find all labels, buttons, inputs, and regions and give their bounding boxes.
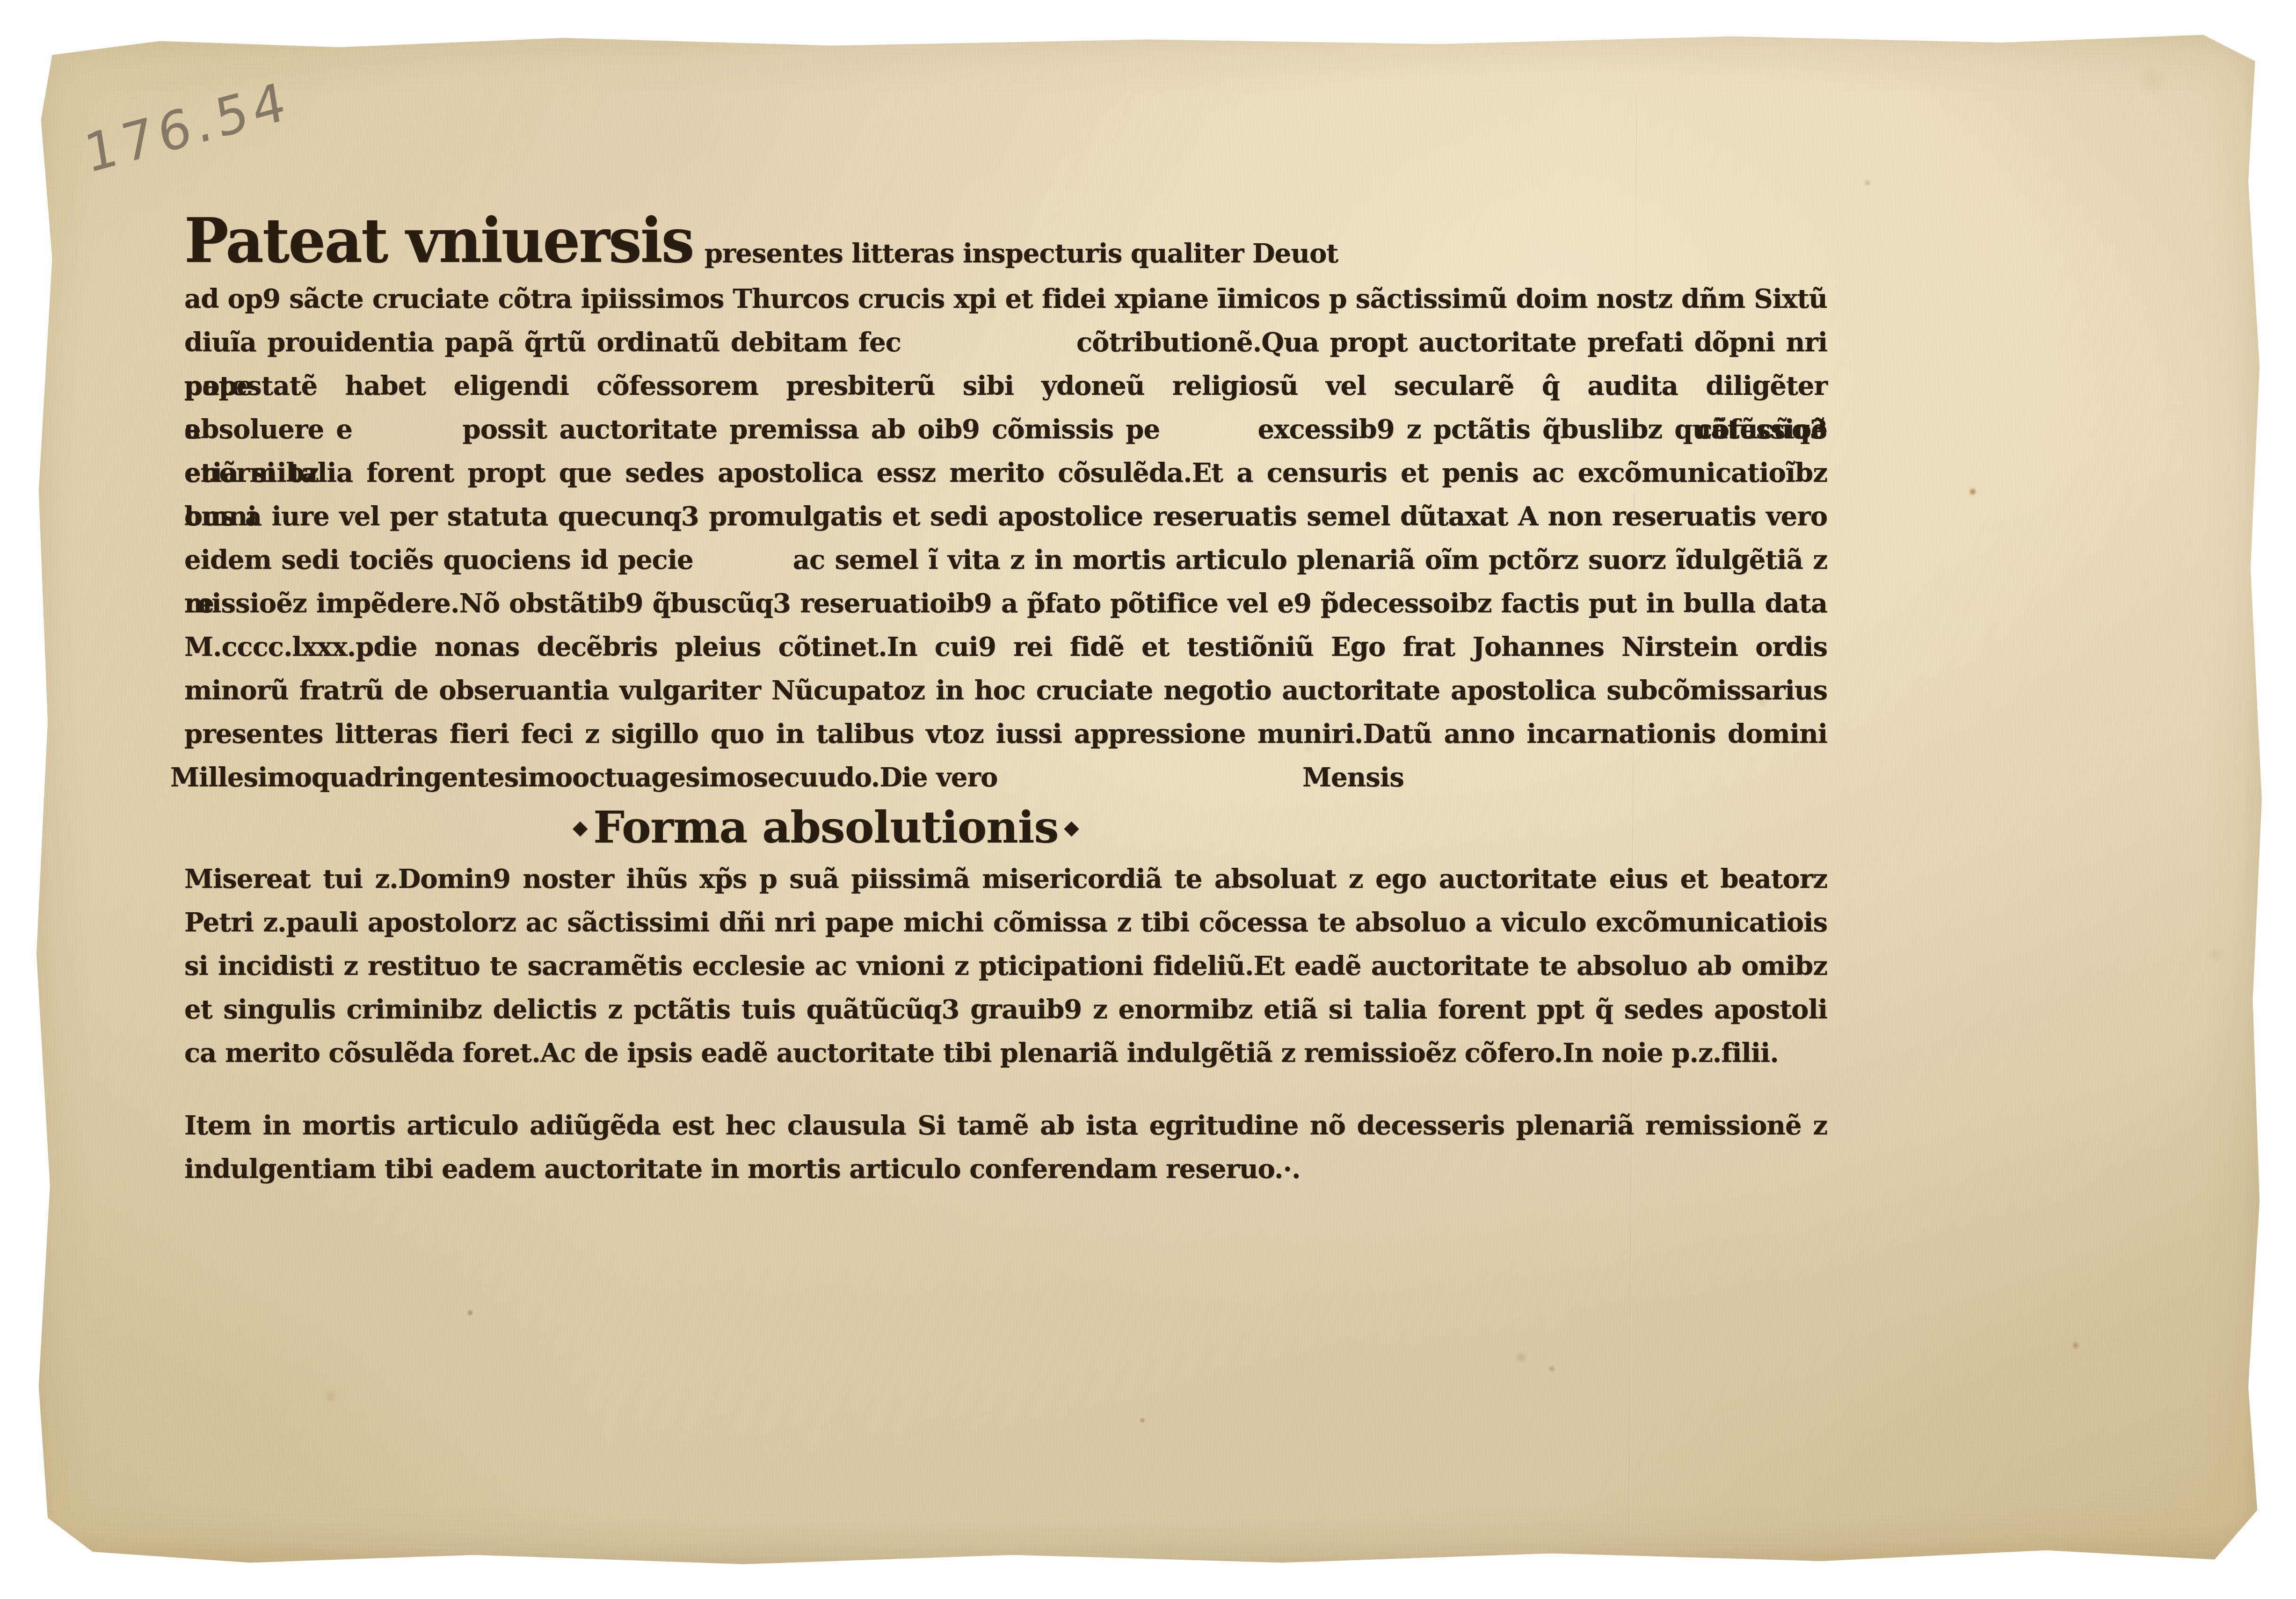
pencil-inscription: 176.54	[80, 70, 294, 185]
text-line: bus a iure vel per statuta quecunq3 prom…	[184, 495, 1827, 538]
text-line: Misereat tui z.Domin9 noster ihũs xp̃s p…	[184, 858, 1827, 901]
text-line: M.cccc.lxxx.pdie nonas decẽbris pleius c…	[184, 625, 1827, 669]
text-line: indulgentiam tibi eadem auctoritate in m…	[184, 1148, 1827, 1191]
text-line: et singulis criminibz delictis z pctãtis…	[184, 988, 1827, 1032]
opening-line: Pateat vniuersis presentes litteras insp…	[184, 207, 1827, 277]
text-line: missioẽz impẽdere.Nõ obstãtib9 q̃buscũq3…	[184, 582, 1827, 625]
absolution-paragraph: Misereat tui z.Domin9 noster ihũs xp̃s p…	[184, 858, 1827, 1075]
text-line: diuĩa prouidentia papã q̃rtũ ordinatũ de…	[184, 321, 1827, 364]
mortis-articulo-paragraph: Item in mortis articulo adiũgẽda est hec…	[184, 1104, 1827, 1191]
text-line: presentes litteras fieri feci z sigillo …	[184, 712, 1827, 756]
diamond-ornament-left: ◆	[573, 816, 588, 839]
incipit-large-text: Pateat vniuersis	[184, 204, 693, 276]
parchment-sheet: 176.54 Pateat vniuersis presentes litter…	[25, 27, 2271, 1572]
diamond-ornament-right: ◆	[1064, 816, 1079, 839]
printed-text-block: Pateat vniuersis presentes litteras insp…	[184, 207, 1827, 1191]
text-line: potestatẽ habet eligendi cõfessorem pres…	[184, 364, 1827, 408]
date-line: Millesimoquadringentesimooctuagesimosecu…	[170, 756, 1827, 799]
forma-heading-text: Forma absolutionis	[593, 802, 1058, 853]
month-blank-label: Mensis	[1302, 756, 1404, 799]
text-line: etiã si talia forent propt que sedes apo…	[184, 451, 1827, 495]
text-line: eidem sedi tociẽs quociens id pecie ac s…	[184, 538, 1827, 582]
incipit-continuation-text: presentes litteras inspecturis qualiter …	[705, 238, 1338, 269]
foxing-stains	[25, 27, 28, 30]
text-line: si incidisti z restituo te sacramẽtis ec…	[184, 945, 1827, 988]
forma-absolutionis-heading: ◆Forma absolutionis◆	[567, 801, 1827, 854]
text-line: Item in mortis articulo adiũgẽda est hec…	[184, 1104, 1827, 1148]
text-line: Petri z.pauli apostolorz ac sãctissimi d…	[184, 901, 1827, 945]
text-line: ad op9 sãcte cruciate cõtra ipiissimos T…	[184, 277, 1827, 321]
date-line-text: Millesimoquadringentesimooctuagesimosecu…	[170, 762, 997, 793]
text-line: absoluere e possit auctoritate premissa …	[184, 408, 1827, 451]
text-line: minorũ fratrũ de obseruantia vulgariter …	[184, 669, 1827, 712]
text-line: ca merito cõsulẽda foret.Ac de ipsis ead…	[184, 1032, 1827, 1075]
